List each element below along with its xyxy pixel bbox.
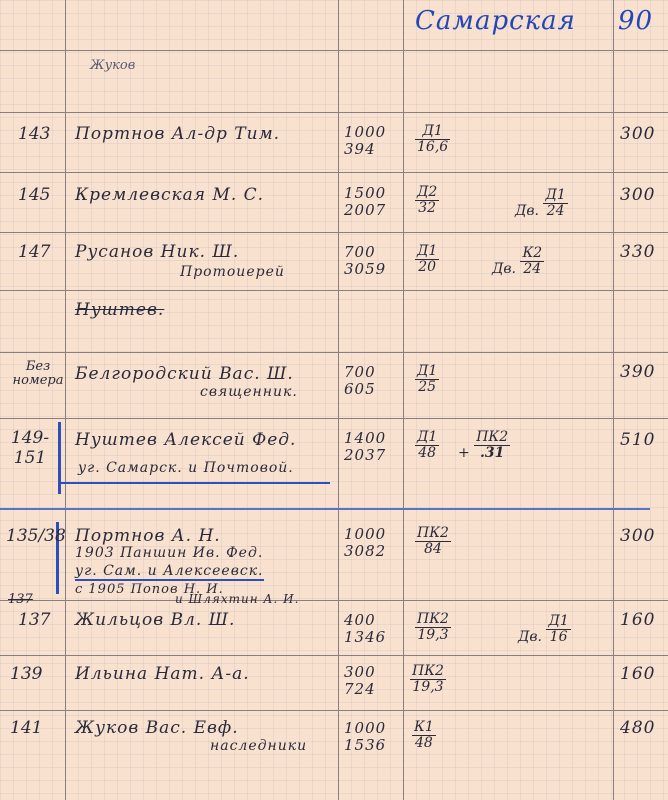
amount: 300 [620, 124, 655, 144]
house-number-struck: 137 [8, 592, 33, 607]
amount: 160 [620, 610, 655, 630]
extra-code: Дв. Д116 [518, 614, 571, 645]
row-rule [0, 710, 668, 711]
owner-name: Жильцов Вл. Ш. [75, 610, 235, 630]
owner-address: уг. Сам. и Алексеевск. [75, 563, 264, 579]
house-number: 145 [18, 185, 50, 205]
owner-name: Кремлевская М. С. [75, 185, 264, 205]
owner-name: Ильина Нат. А-а. [75, 664, 250, 684]
row-rule [0, 655, 668, 656]
values: 1000 3082 [344, 526, 386, 560]
values: 1500 2007 [344, 185, 386, 219]
owner-title: Протоиерей [180, 264, 285, 280]
row-rule [0, 50, 668, 51]
extra-code: Дв. К224 [492, 246, 544, 277]
owner-address: уг. Самарск. и Почтовой. [78, 460, 294, 476]
amount: 480 [620, 718, 655, 738]
values: 1000 394 [344, 124, 386, 158]
house-number: 137 [18, 610, 50, 630]
owner-name: Русанов Ник. Ш. [75, 242, 239, 262]
house-number: Без номера [12, 360, 64, 388]
house-number: 147 [18, 242, 50, 262]
blue-underline [60, 482, 330, 484]
values: 700 605 [344, 364, 376, 398]
row-rule [0, 418, 668, 419]
row-rule [0, 172, 668, 173]
owner-name: Жуков Вас. Евф. [75, 718, 239, 738]
code-fraction: Д116,6 [415, 124, 450, 155]
owner-name-struck: Нуштев. [75, 300, 164, 320]
owner-name: Портнов А. Н. [75, 526, 221, 546]
code-fraction: Д232 [415, 185, 439, 216]
code-fraction: К148 [412, 720, 436, 751]
house-number: 149-151 [6, 428, 54, 468]
amount: 300 [620, 526, 655, 546]
owner-history: 1903 Паншин Ив. Фед. [75, 545, 263, 561]
row-rule [0, 112, 668, 113]
house-number: 139 [10, 664, 42, 684]
ledger-page: Самарская 90 Жуков 143 Портнов Ал-др Тим… [0, 0, 668, 800]
street-title: Самарская [415, 6, 576, 36]
amount: 330 [620, 242, 655, 262]
values: 700 3059 [344, 244, 386, 278]
owner-name: Нуштев Алексей Фед. [75, 430, 296, 450]
row-rule [0, 352, 668, 353]
code-fraction: ПК219,3 [415, 612, 451, 643]
owner-history: и Шляхтин А. И. [175, 592, 299, 606]
owner-title: священник. [200, 384, 298, 400]
code-fraction: Д148 [415, 430, 439, 461]
section-name: Жуков [90, 58, 135, 73]
code-fraction: Д125 [415, 364, 439, 395]
house-number: 141 [10, 718, 42, 738]
row-rule [0, 232, 668, 233]
code-fraction: ПК219,3 [410, 664, 446, 695]
column-rule [338, 0, 339, 800]
values: 1000 1536 [344, 720, 386, 754]
amount: 300 [620, 185, 655, 205]
house-number: 135/38 [6, 526, 66, 546]
amount: 510 [620, 430, 655, 450]
owner-name: Портнов Ал-др Тим. [75, 124, 280, 144]
code-fraction: ПК284 [415, 526, 451, 557]
amount: 160 [620, 664, 655, 684]
row-rule [0, 600, 668, 601]
column-rule [613, 0, 614, 800]
page-number: 90 [618, 6, 653, 36]
column-rule [65, 0, 66, 800]
values: 1400 2037 [344, 430, 386, 464]
extra-code: Дв. Д124 [515, 188, 568, 219]
values: 400 1346 [344, 612, 386, 646]
column-rule [403, 0, 404, 800]
house-number: 143 [18, 124, 50, 144]
blue-separator [0, 508, 650, 510]
owner-title: наследники [210, 738, 307, 754]
amount: 390 [620, 362, 655, 382]
extra-code: + ПК2.31 [458, 430, 510, 461]
code-fraction: Д120 [415, 244, 439, 275]
values: 300 724 [344, 664, 376, 698]
row-rule [0, 290, 668, 291]
owner-name: Белгородский Вас. Ш. [75, 364, 294, 384]
